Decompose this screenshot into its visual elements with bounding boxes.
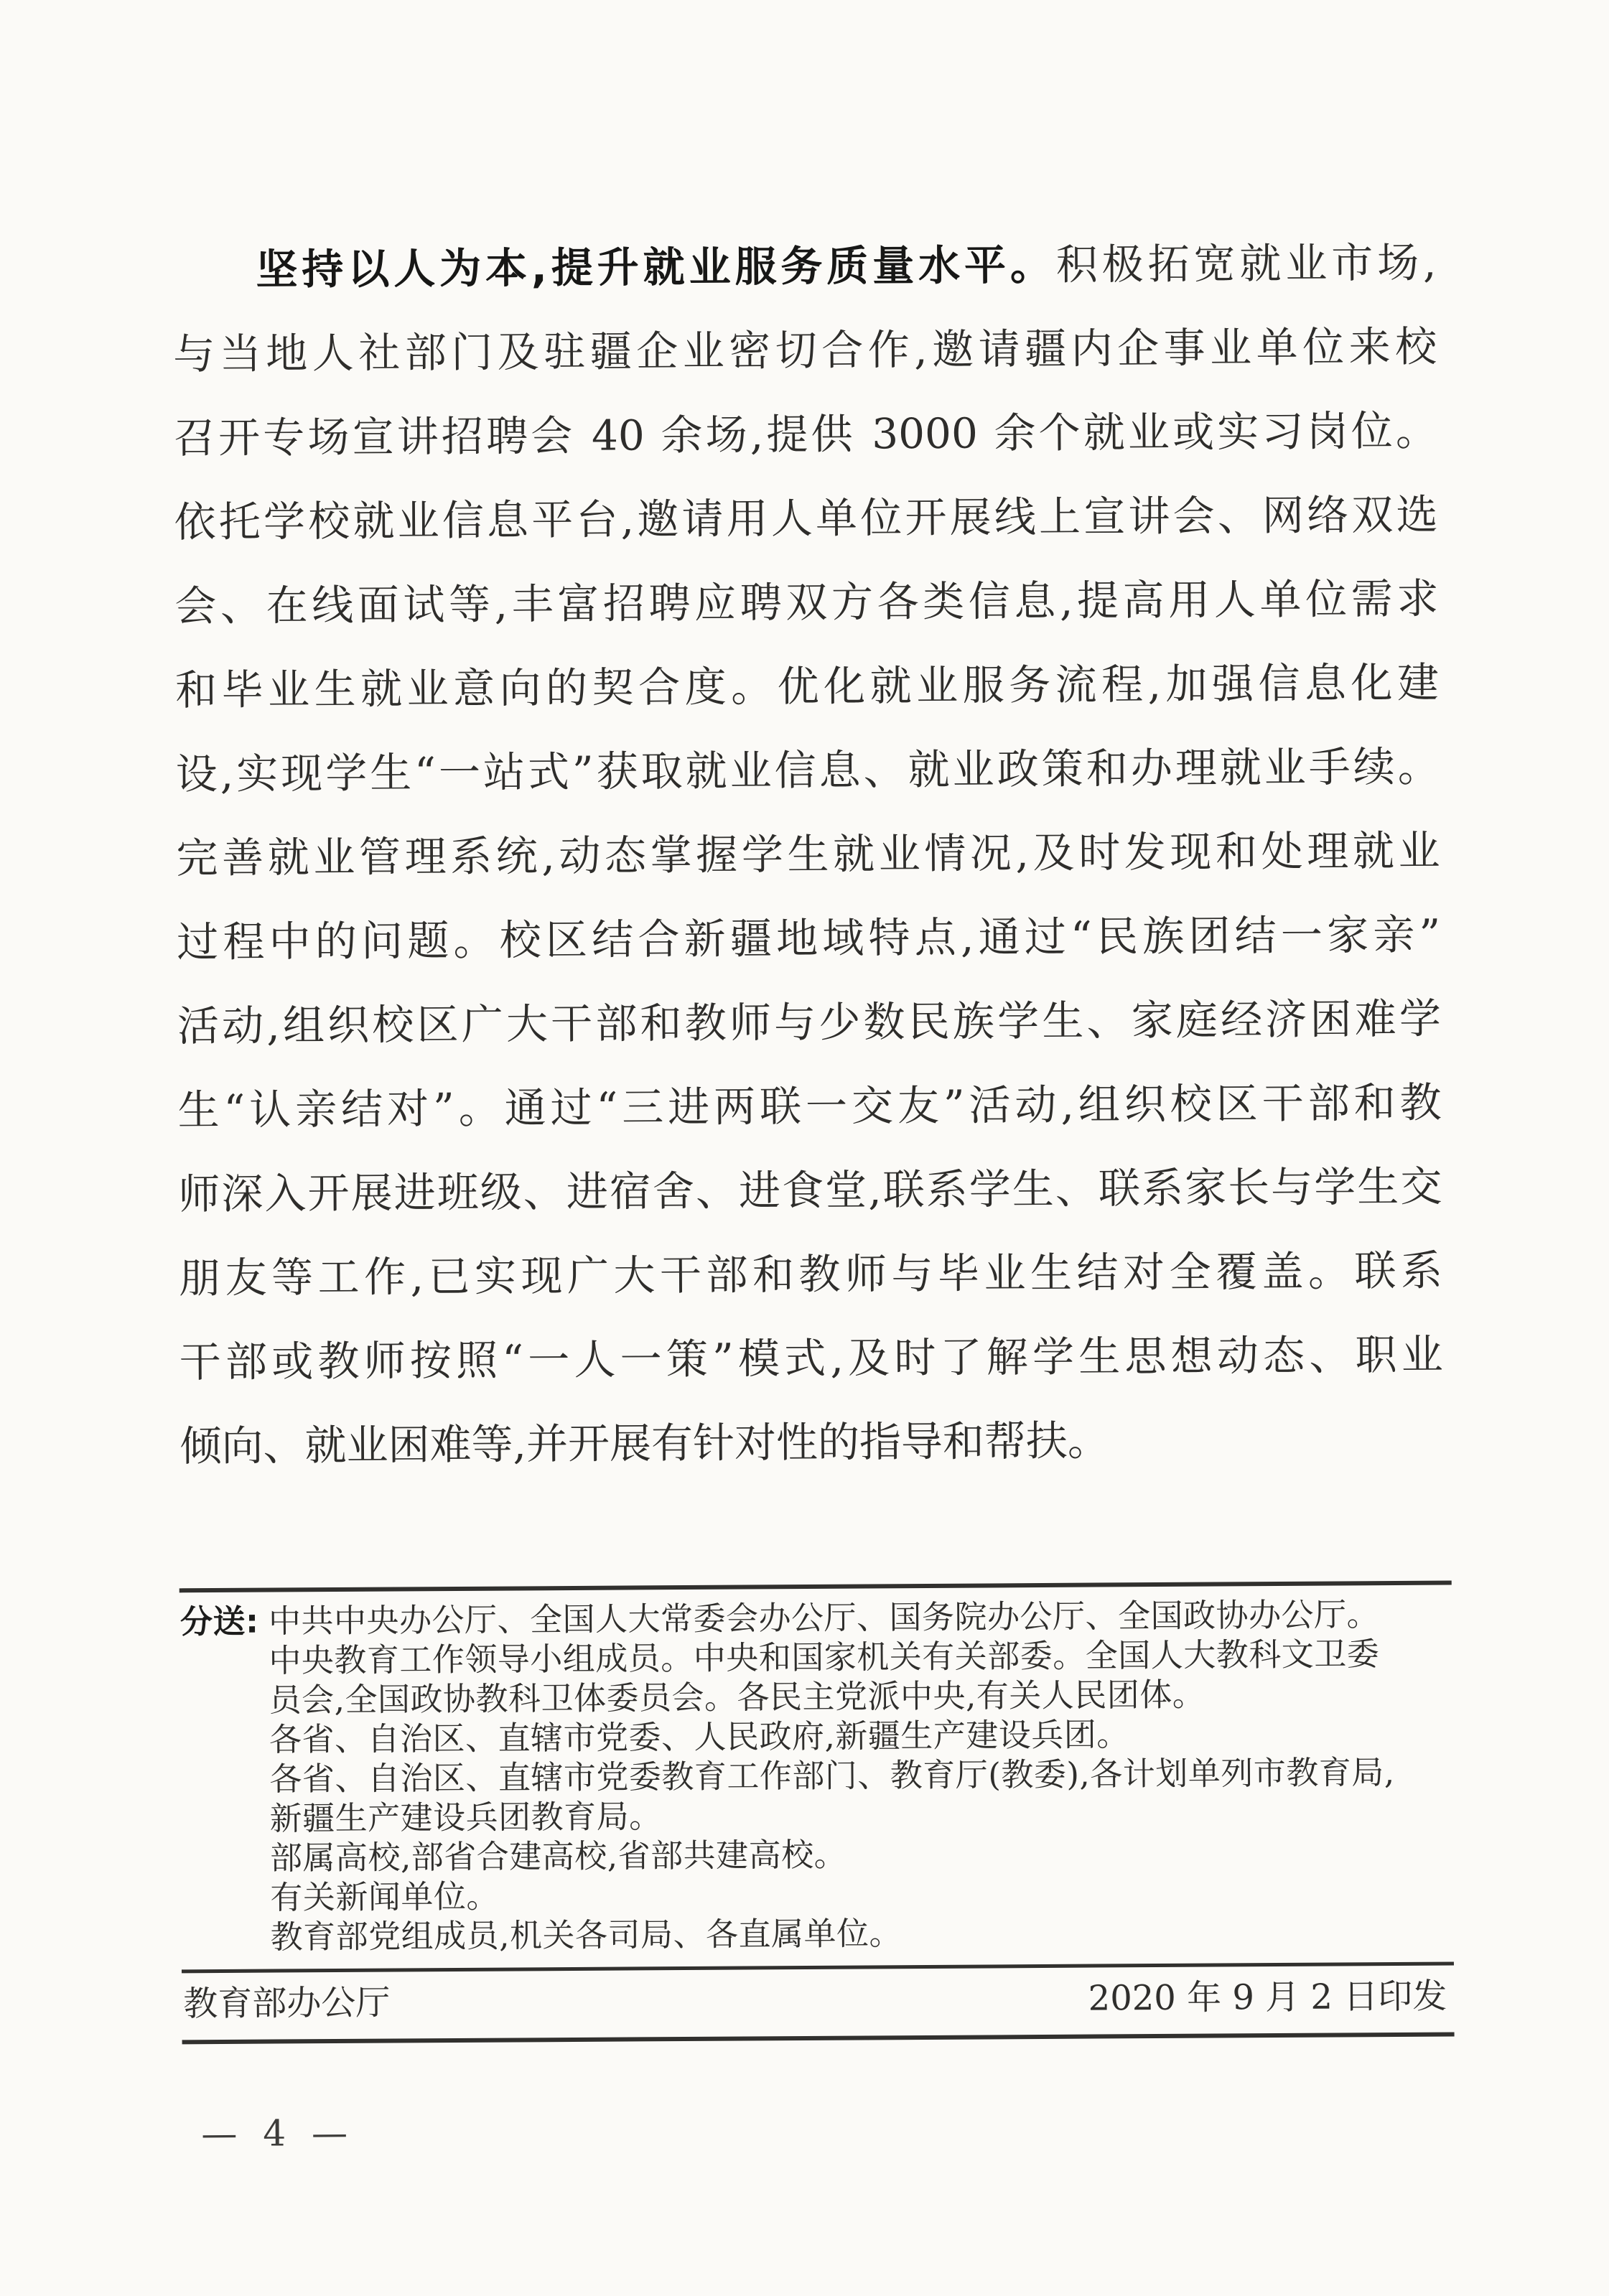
body-line: 师深入开展进班级、进宿舍、进食堂,联系学生、联系家长与学生交	[178, 1145, 1442, 1237]
distribution-line: 各省、自治区、直辖市党委、人民政府,新疆生产建设兵团。	[269, 1712, 1473, 1759]
distribution-label: 分送:	[180, 1602, 269, 1642]
distribution-line: 各省、自治区、直辖市党委教育工作部门、教育厅(教委),各计划单列市教育局,	[269, 1752, 1473, 1798]
body-line: 召开专场宣讲招聘会 40 余场,提供 3000 余个就业或实习岗位。	[174, 389, 1438, 481]
scanned-sheet: 坚持以人为本,提升就业服务质量水平。积极拓宽就业市场, 与当地人社部门及驻疆企业…	[0, 0, 1609, 2296]
distribution-line: 新疆生产建设兵团教育局。	[270, 1791, 1474, 1838]
footer-row: 教育部办公厅 2020 年 9 月 2 日印发	[183, 1976, 1447, 2025]
distribution-line: 有关新闻单位。	[270, 1870, 1474, 1917]
distribution-top-rule	[179, 1581, 1452, 1593]
body-line: 设,实现学生“一站式”获取就业信息、就业政策和办理就业手续。	[175, 725, 1440, 817]
footer-print-date: 2020 年 9 月 2 日印发	[1088, 1976, 1447, 2020]
footer-issuer: 教育部办公厅	[183, 1982, 390, 2025]
body-line: 活动,组织校区广大干部和教师与少数民族学生、家庭经济困难学	[177, 977, 1442, 1069]
distribution-line: 部属高校,部省合建高校,省部共建高校。	[270, 1831, 1474, 1877]
distribution-line: 中央教育工作领导小组成员。中央和国家机关有关部委。全国人大教科文卫委	[269, 1633, 1473, 1680]
distribution-block: 分送: 中共中央办公厅、全国人大常委会办公厅、国务院办公厅、全国政协办公厅。 中…	[180, 1594, 1475, 1957]
page-number: — 4 —	[201, 2112, 355, 2155]
distribution-line: 教育部党组成员,机关各司局、各直属单位。	[271, 1910, 1475, 1956]
document-page: 坚持以人为本,提升就业服务质量水平。积极拓宽就业市场, 与当地人社部门及驻疆企业…	[0, 0, 1609, 2296]
body-line: 坚持以人为本,提升就业服务质量水平。积极拓宽就业市场,	[172, 221, 1437, 313]
footer-bottom-rule	[182, 2032, 1455, 2044]
body-lead-rest: 积极拓宽就业市场,	[1056, 238, 1437, 289]
body-line: 依托学校就业信息平台,邀请用人单位开展线上宣讲会、网络双选	[174, 473, 1438, 565]
body-paragraph: 坚持以人为本,提升就业服务质量水平。积极拓宽就业市场, 与当地人社部门及驻疆企业…	[172, 221, 1444, 1489]
body-line: 生“认亲结对”。通过“三进两联一交友”活动,组织校区干部和教	[177, 1061, 1442, 1153]
distribution-line: 中共中央办公厅、全国人大常委会办公厅、国务院办公厅、全国政协办公厅。	[269, 1594, 1473, 1641]
distribution-line: 员会,全国政协教科卫体委员会。各民主党派中央,有关人民团体。	[269, 1673, 1473, 1719]
body-line: 会、在线面试等,丰富招聘应聘双方各类信息,提高用人单位需求	[174, 557, 1439, 649]
body-line: 朋友等工作,已实现广大干部和教师与毕业生结对全覆盖。联系	[179, 1229, 1443, 1321]
body-lead-bold: 坚持以人为本,提升就业服务质量水平。	[256, 241, 1056, 294]
footer-top-rule	[182, 1961, 1454, 1973]
body-line: 干部或教师按照“一人一策”模式,及时了解学生思想动态、职业	[179, 1313, 1443, 1405]
body-line: 倾向、就业困难等,并开展有针对性的指导和帮扶。	[179, 1397, 1444, 1489]
body-line: 完善就业管理系统,动态掌握学生就业情况,及时发现和处理就业	[176, 809, 1440, 901]
body-line: 过程中的问题。校区结合新疆地域特点,通过“民族团结一家亲”	[177, 893, 1441, 985]
body-line: 和毕业生就业意向的契合度。优化就业服务流程,加强信息化建	[175, 641, 1440, 733]
body-line: 与当地人社部门及驻疆企业密切合作,邀请疆内企事业单位来校	[173, 305, 1437, 397]
